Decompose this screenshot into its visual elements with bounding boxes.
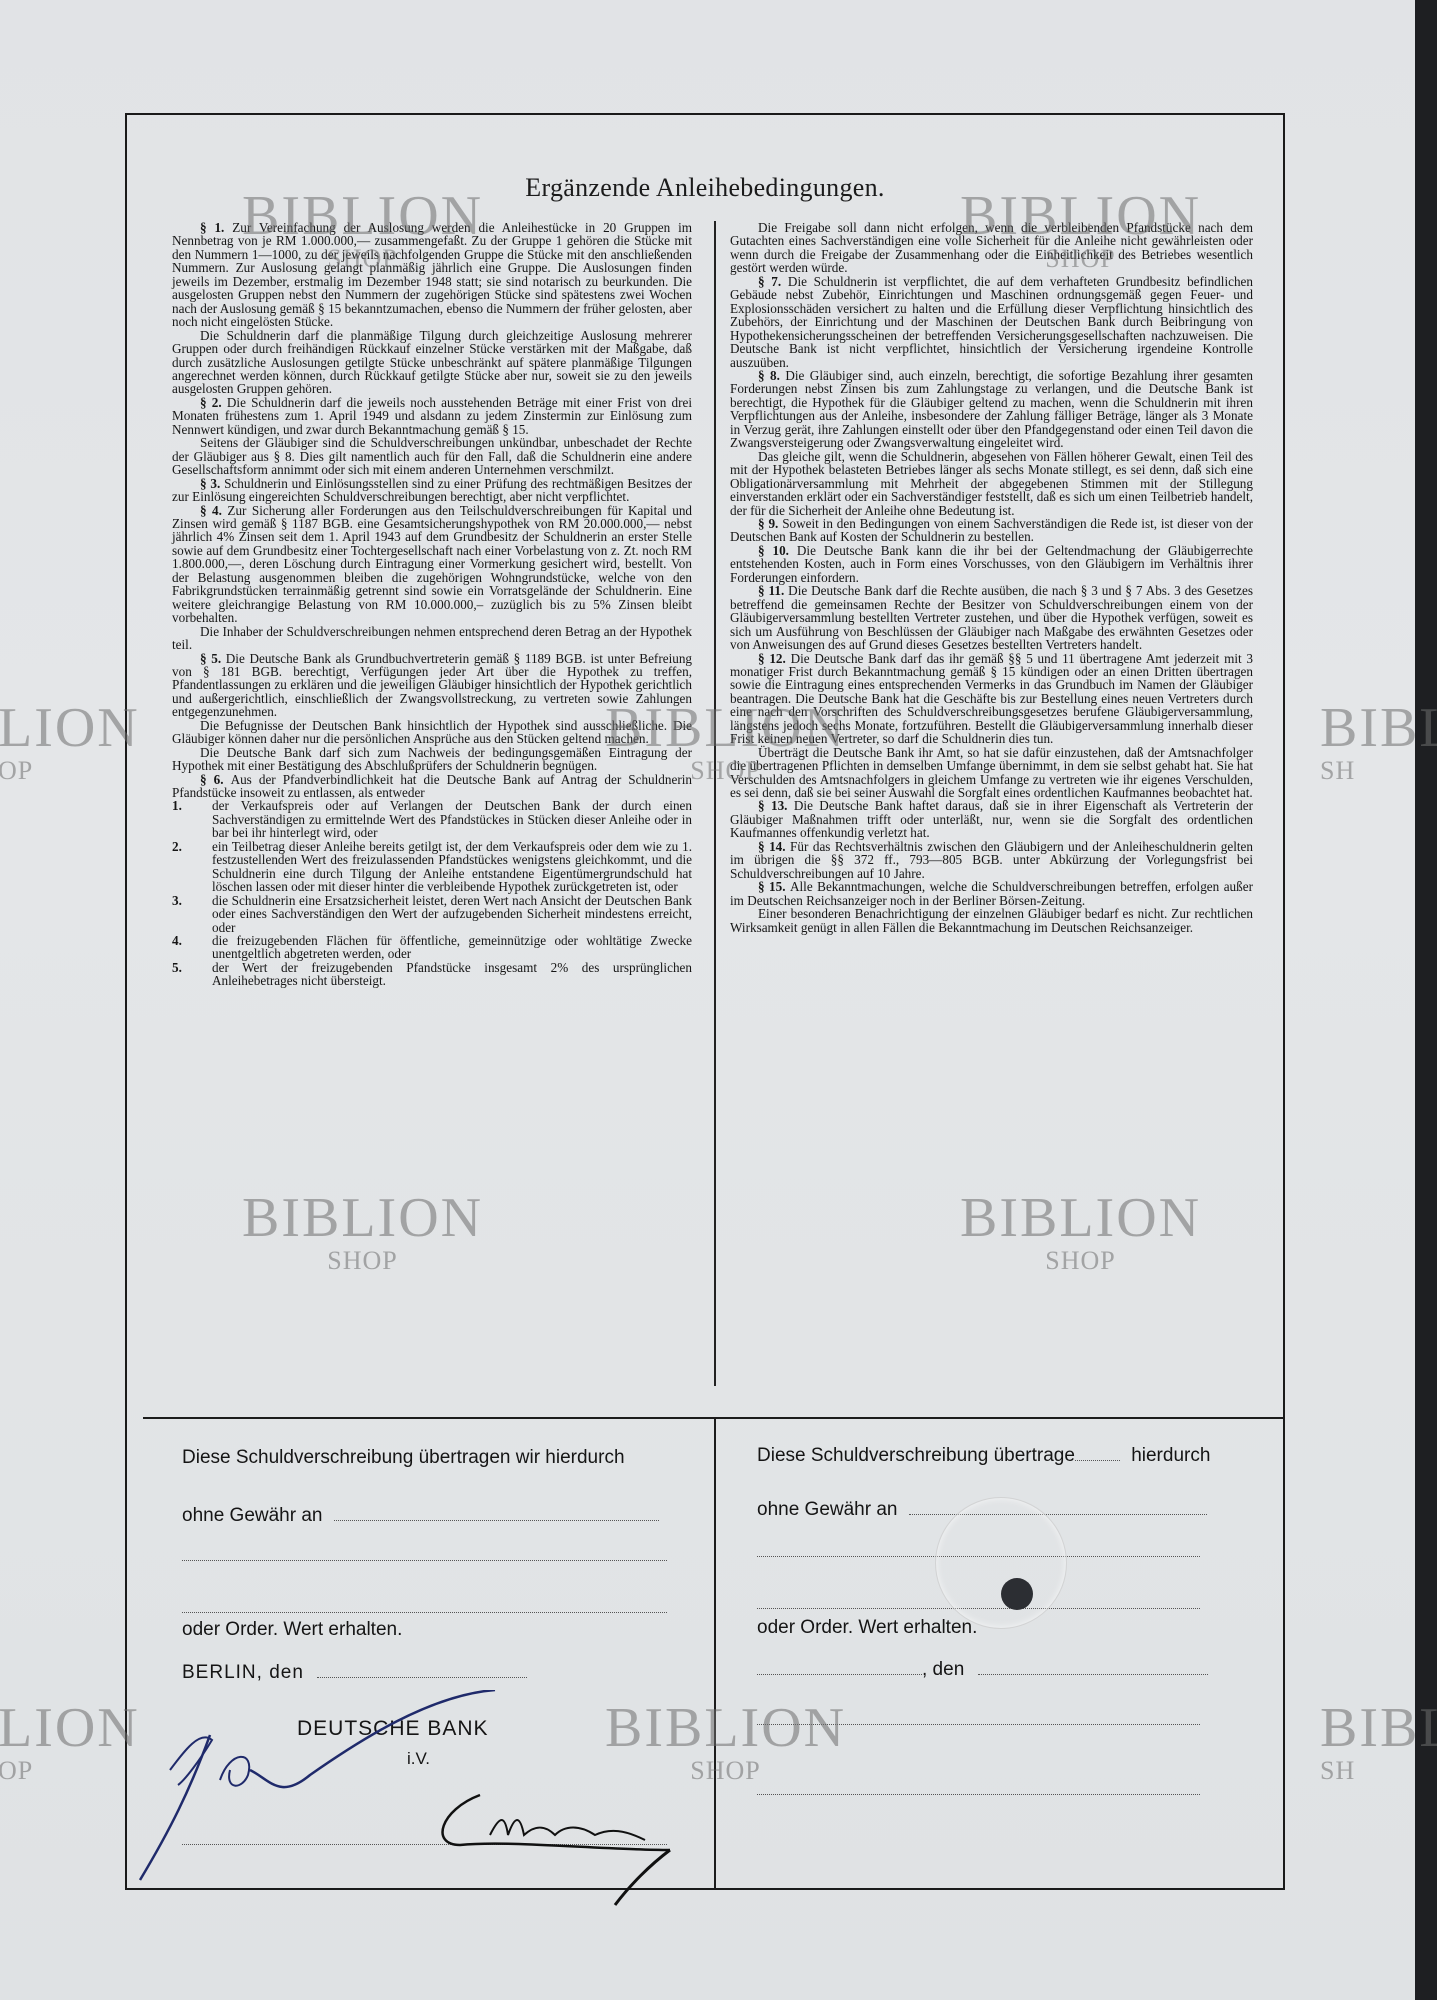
- city-date-label: BERLIN, den: [182, 1662, 304, 1683]
- list-item: 4.die freizugebenden Flächen für öffentl…: [172, 934, 692, 961]
- section-paragraph: § 10. Die Deutsche Bank kann die ihr bei…: [730, 544, 1253, 584]
- section-paragraph: § 8. Die Gläubiger sind, auch einzeln, b…: [730, 369, 1253, 450]
- section-paragraph: § 2. Die Schuldnerin darf die jeweils no…: [172, 396, 692, 436]
- transfer-right: Diese Schuldverschreibung übertrage hier…: [757, 1419, 1257, 1889]
- date-field[interactable]: [317, 1677, 527, 1678]
- section-paragraph: § 13. Die Deutsche Bank haftet daraus, d…: [730, 799, 1253, 839]
- left-column: § 1. Zur Vereinfachung der Auslosung wer…: [172, 221, 692, 988]
- signature-handwritten-2-icon: [420, 1790, 690, 1910]
- paragraph: Die Inhaber der Schuldverschreibungen ne…: [172, 625, 692, 652]
- city-date-row: BERLIN, den: [182, 1662, 527, 1684]
- section-paragraph: § 14. Für das Rechtsverhältnis zwischen …: [730, 840, 1253, 880]
- section-paragraph: § 12. Die Deutsche Bank darf das ihr gem…: [730, 652, 1253, 746]
- paragraph: Überträgt die Deutsche Bank ihr Amt, so …: [730, 746, 1253, 800]
- right-date-field[interactable]: [978, 1674, 1208, 1675]
- list-item: 3.die Schuldnerin eine Ersatzsicherheit …: [172, 894, 692, 934]
- paragraph: Seitens der Gläubiger sind die Schuldver…: [172, 436, 692, 476]
- transferor-suffix-field[interactable]: [1075, 1460, 1120, 1461]
- section-paragraph: § 4. Zur Sicherung aller Forderungen aus…: [172, 504, 692, 625]
- right-signature-line-2[interactable]: [757, 1794, 1200, 1795]
- section-paragraph: § 11. Die Deutsche Bank darf die Rechte …: [730, 584, 1253, 651]
- column-divider: [714, 221, 716, 1386]
- section-paragraph: § 6. Aus der Pfandverbindlichkeit hat di…: [172, 773, 692, 800]
- watermark-partial: LIONOP: [0, 700, 140, 786]
- section-paragraph: § 5. Die Deutsche Bank als Grundbuchvert…: [172, 652, 692, 719]
- paragraph: Das gleiche gilt, wenn die Schuldnerin, …: [730, 450, 1253, 517]
- transfer-right-line1: Diese Schuldverschreibung übertrage hier…: [757, 1445, 1210, 1467]
- embossed-seal-icon: [935, 1497, 1067, 1629]
- transfer-left-line1: Diese Schuldverschreibung übertragen wir…: [182, 1447, 625, 1469]
- transfer-left-line2: ohne Gewähr an: [182, 1505, 323, 1526]
- list-item: 2.ein Teilbetrag dieser Anleihe bereits …: [172, 840, 692, 894]
- list-item: 5.der Wert der freizugebenden Pfandstück…: [172, 961, 692, 988]
- document-title: Ergänzende Anleihebedingungen.: [127, 173, 1283, 203]
- section-paragraph: § 3. Schuldnerin und Einlösungsstellen s…: [172, 477, 692, 504]
- section-paragraph: § 7. Die Schuldnerin ist verpflichtet, d…: [730, 275, 1253, 369]
- document-page: Ergänzende Anleihebedingungen. § 1. Zur …: [0, 0, 1437, 2000]
- transfer-right-line3: oder Order. Wert erhalten.: [757, 1617, 977, 1639]
- paragraph: Die Befugnisse der Deutschen Bank hinsic…: [172, 719, 692, 746]
- right-signature-line-1[interactable]: [757, 1724, 1200, 1725]
- scan-edge: [1415, 0, 1437, 2000]
- section-paragraph: § 15. Alle Bekanntmachungen, welche die …: [730, 880, 1253, 907]
- section-paragraph: § 9. Soweit in den Bedingungen von einem…: [730, 517, 1253, 544]
- paragraph: Die Deutsche Bank darf sich zum Nachweis…: [172, 746, 692, 773]
- transfer-divider: [714, 1419, 716, 1889]
- paragraph: Die Schuldnerin darf die planmäßige Tilg…: [172, 329, 692, 396]
- watermark-partial: LIONOP: [0, 1700, 140, 1786]
- section-paragraph: § 1. Zur Vereinfachung der Auslosung wer…: [172, 221, 692, 329]
- right-city-date-row: , den: [757, 1659, 1208, 1681]
- paragraph: Die Freigabe soll dann nicht erfolgen, w…: [730, 221, 1253, 275]
- recipient-field-line2[interactable]: [182, 1560, 667, 1561]
- right-column: Die Freigabe soll dann nicht erfolgen, w…: [730, 221, 1253, 934]
- list-item: 1.der Verkaufspreis oder auf Verlangen d…: [172, 799, 692, 839]
- transfer-left-recipient-row: ohne Gewähr an: [182, 1505, 659, 1527]
- right-city-field[interactable]: [757, 1674, 922, 1675]
- document-frame: Ergänzende Anleihebedingungen. § 1. Zur …: [125, 113, 1285, 1890]
- right-recipient-field[interactable]: [909, 1514, 1207, 1515]
- punch-hole-icon: [1001, 1578, 1033, 1610]
- recipient-field[interactable]: [334, 1520, 659, 1521]
- paragraph: Einer besonderen Benachrichtigung der ei…: [730, 907, 1253, 934]
- recipient-field-line3[interactable]: [182, 1612, 667, 1613]
- transfer-left-line3: oder Order. Wert erhalten.: [182, 1619, 402, 1641]
